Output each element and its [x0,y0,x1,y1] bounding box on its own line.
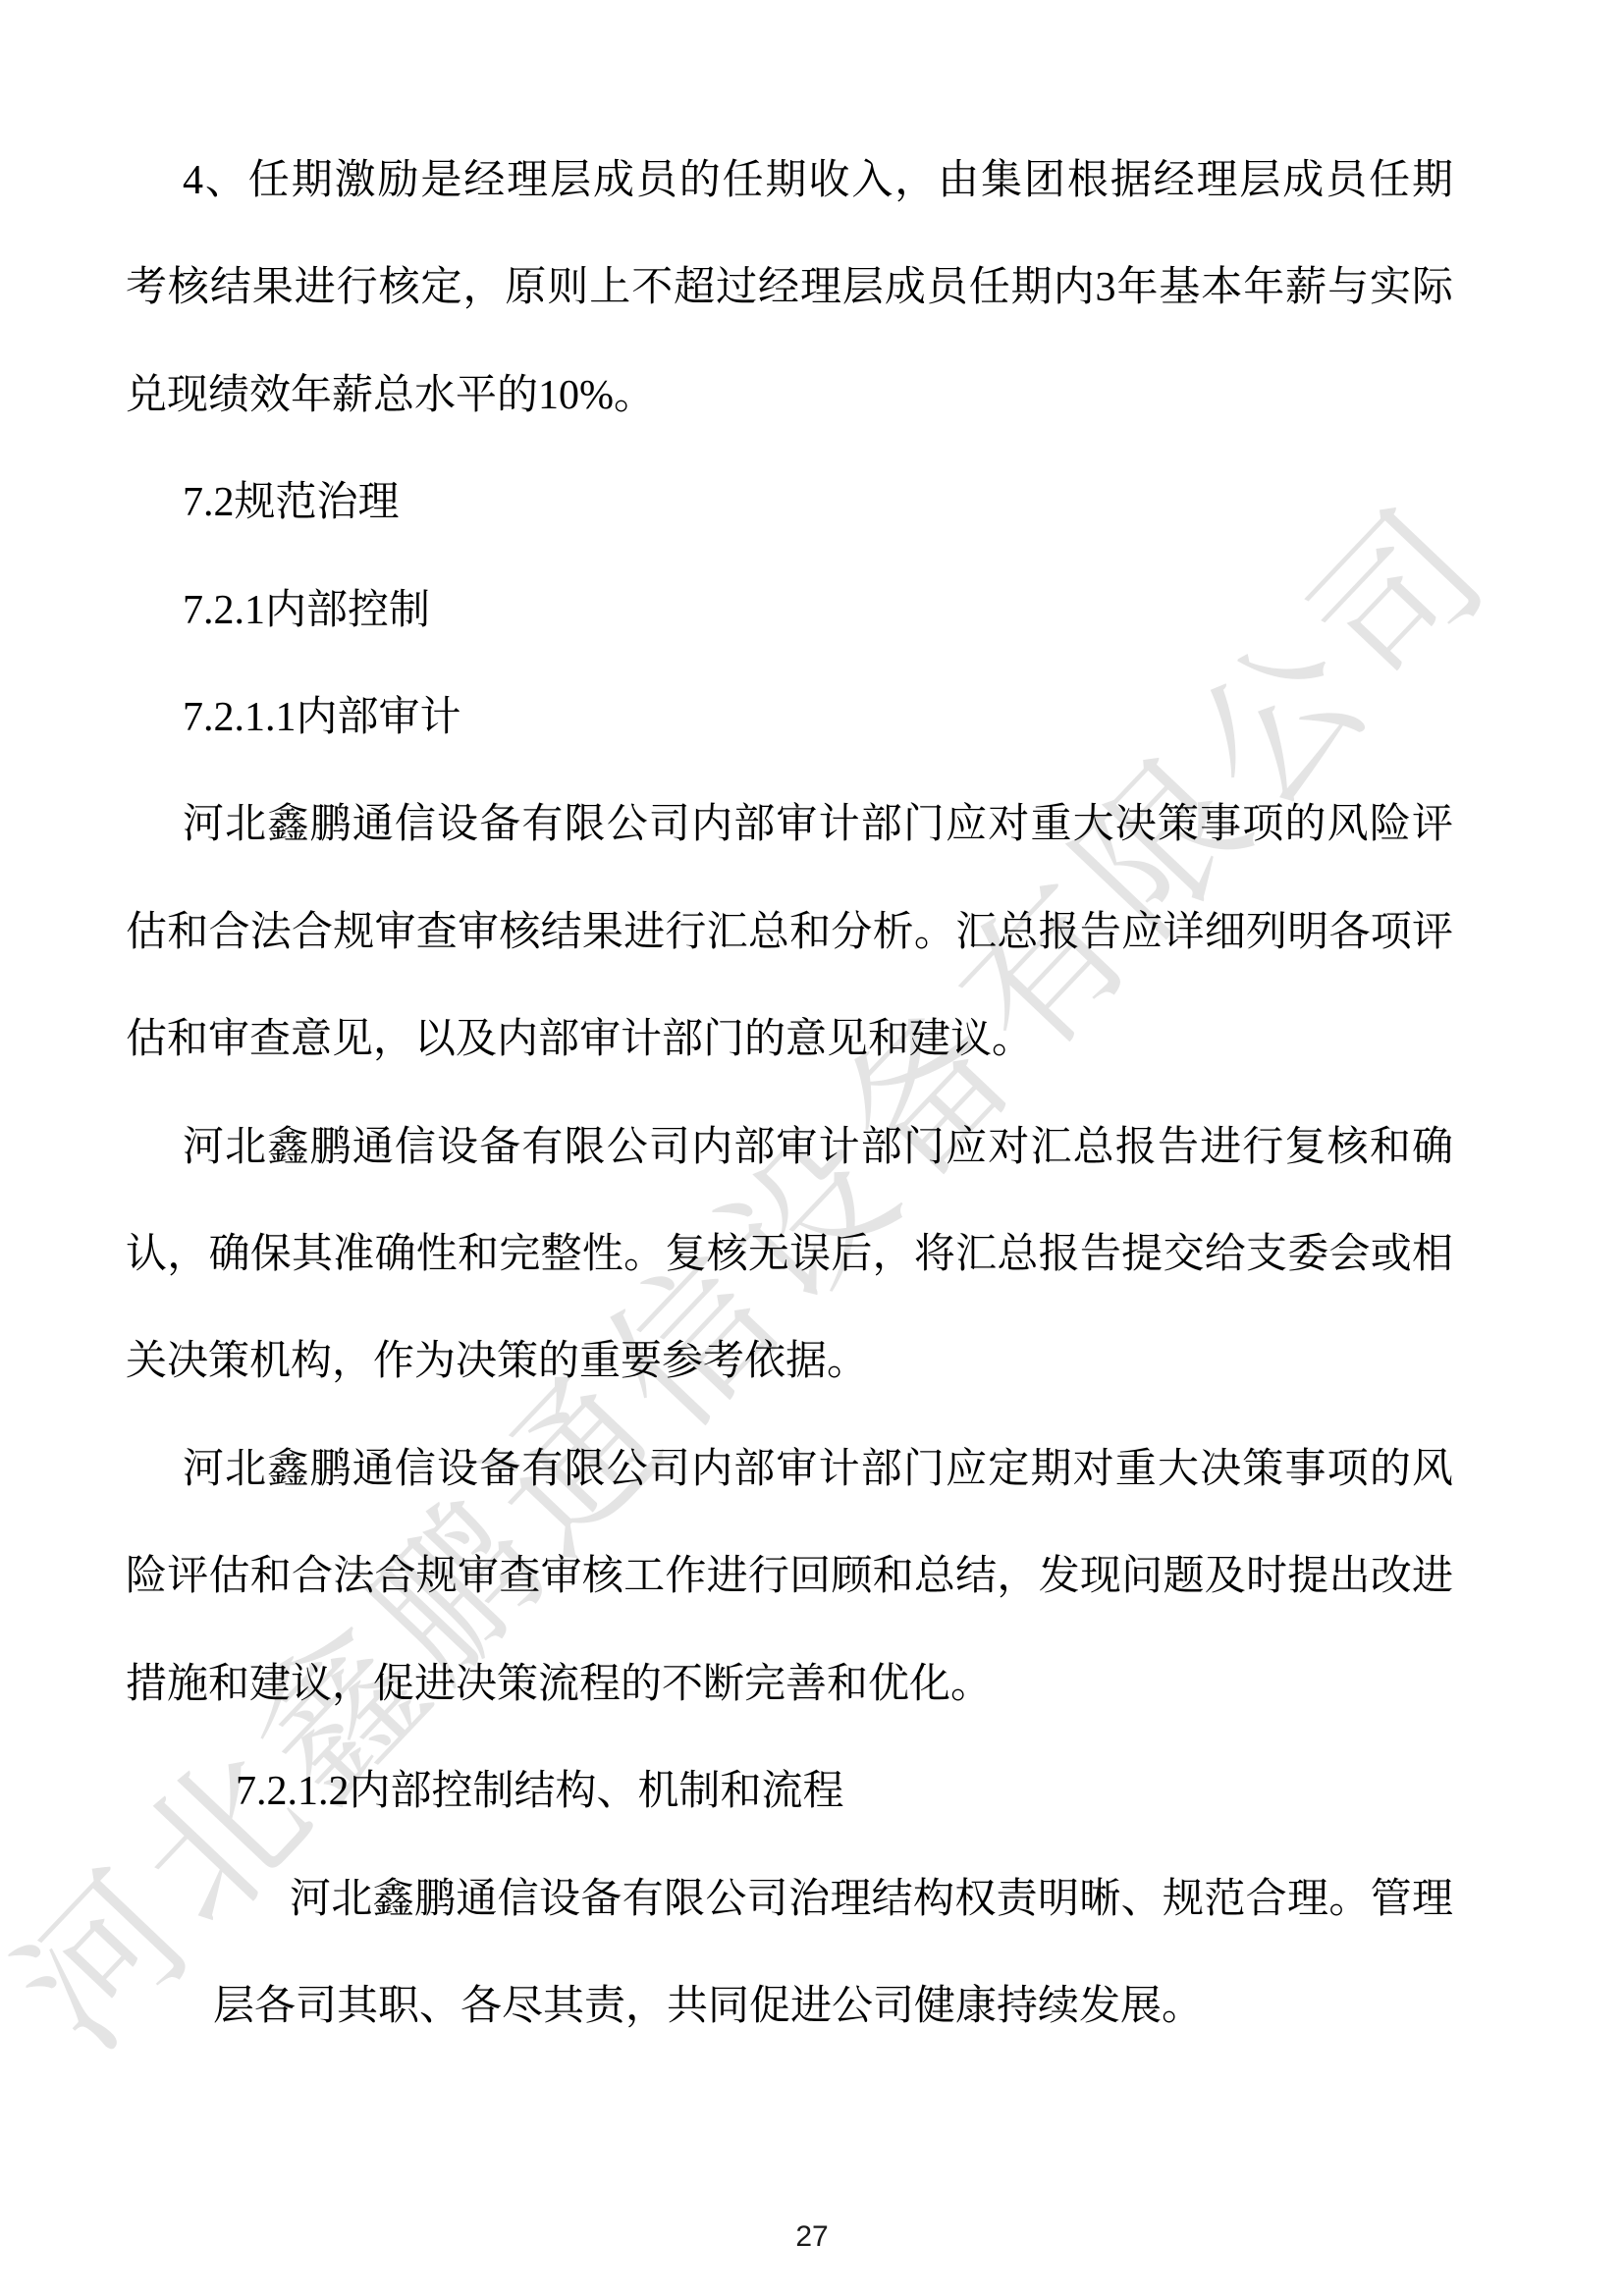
paragraph-line: 认，确保其准确性和完整性。复核无误后，将汇总报告提交给支委会或相 [126,1201,1453,1308]
document-page: 河北鑫鹏通信设备有限公司 4、任期激励是经理层成员的任期收入，由集团根据经理层成… [0,0,1624,2296]
paragraph-line: 4、任期激励是经理层成员的任期收入，由集团根据经理层成员任期 [126,128,1453,235]
paragraph-line: 河北鑫鹏通信设备有限公司治理结构权责明晰、规范合理。管理 [126,1846,1453,1953]
heading-7-2-1-1: 7.2.1.1内部审计 [126,665,1453,772]
paragraph-line: 兑现绩效年薪总水平的10%。 [126,343,1453,450]
page-number: 27 [0,2220,1624,2254]
heading-7-2-1-2: 7.2.1.2内部控制结构、机制和流程 [126,1738,1453,1845]
paragraph-line: 措施和建议，促进决策流程的不断完善和优化。 [126,1631,1453,1738]
paragraph-line: 险评估和合法合规审查审核工作进行回顾和总结，发现问题及时提出改进 [126,1523,1453,1630]
paragraph-line: 关决策机构，作为决策的重要参考依据。 [126,1308,1453,1415]
paragraph-line: 河北鑫鹏通信设备有限公司内部审计部门应对汇总报告进行复核和确 [126,1095,1453,1201]
heading-7-2-1: 7.2.1内部控制 [126,558,1453,665]
paragraph-line: 估和合法合规审查审核结果进行汇总和分析。汇总报告应详细列明各项评 [126,880,1453,987]
document-body: 4、任期激励是经理层成员的任期收入，由集团根据经理层成员任期 考核结果进行核定，… [126,0,1453,2060]
paragraph-line: 层各司其职、各尽其责，共同促进公司健康持续发展。 [126,1953,1453,2060]
paragraph-line: 考核结果进行核定，原则上不超过经理层成员任期内3年基本年薪与实际 [126,235,1453,342]
paragraph-line: 河北鑫鹏通信设备有限公司内部审计部门应对重大决策事项的风险评 [126,772,1453,879]
heading-7-2: 7.2规范治理 [126,450,1453,557]
paragraph-line: 估和审查意见，以及内部审计部门的意见和建议。 [126,987,1453,1094]
paragraph-line: 河北鑫鹏通信设备有限公司内部审计部门应定期对重大决策事项的风 [126,1416,1453,1523]
